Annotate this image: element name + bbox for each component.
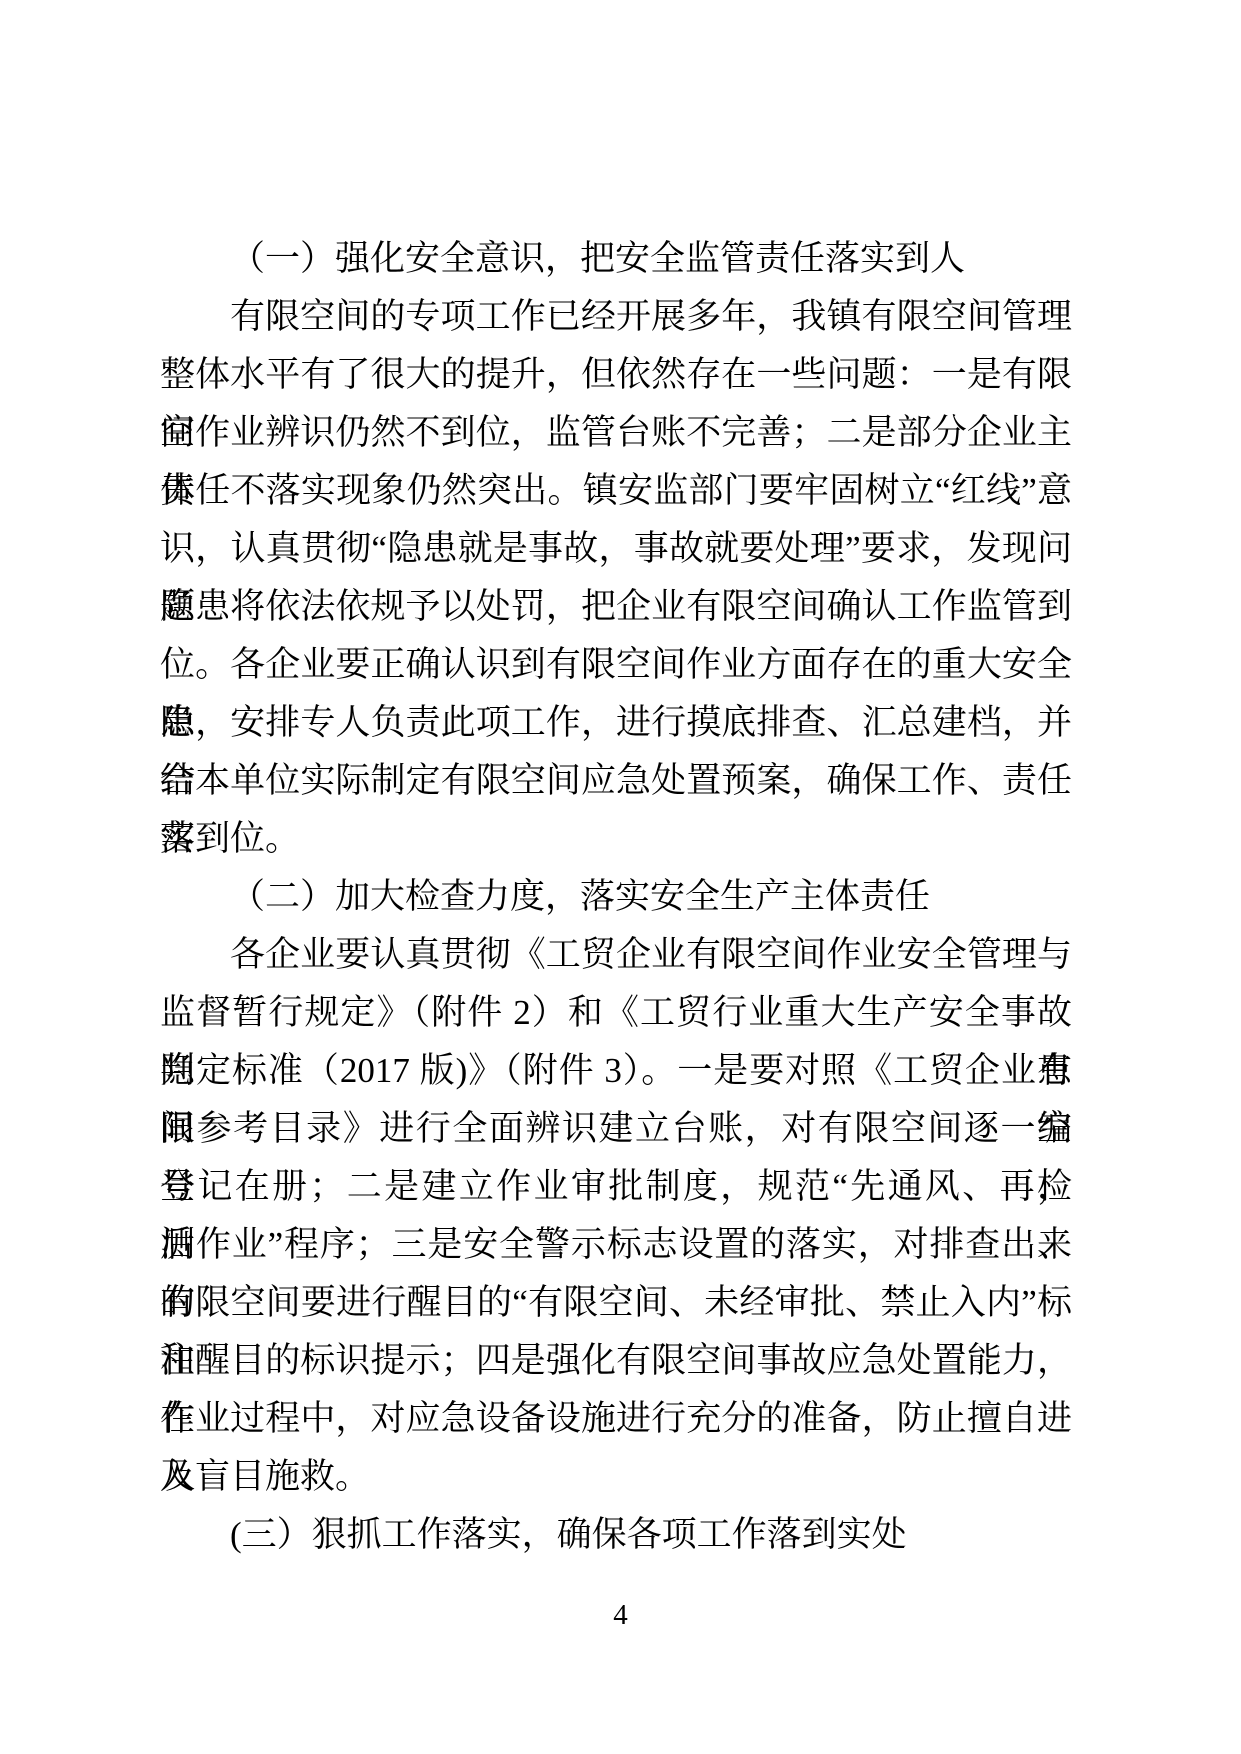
text-line: 登记在册；二是建立作业审批制度，规范“先通风、再检测、 bbox=[160, 1158, 1072, 1216]
text-line: 各企业要认真贯彻《工贸企业有限空间作业安全管理与 bbox=[160, 926, 1072, 984]
text-line: 实到位。 bbox=[160, 810, 1072, 868]
section-heading: (三）狠抓工作落实，确保各项工作落到实处 bbox=[160, 1506, 1072, 1564]
document-page: （一）强化安全意识，把安全监管责任落实到人有限空间的专项工作已经开展多年，我镇有… bbox=[0, 0, 1241, 1754]
section-heading: （二）加大检查力度，落实安全生产主体责任 bbox=[160, 868, 1072, 926]
text-line: 合本单位实际制定有限空间应急处置预案，确保工作、责任落 bbox=[160, 752, 1072, 810]
text-line: 整体水平有了很大的提升，但依然存在一些问题：一是有限空 bbox=[160, 346, 1072, 404]
text-line: 患，安排专人负责此项工作，进行摸底排查、汇总建档，并结 bbox=[160, 694, 1072, 752]
text-line: 责任不落实现象仍然突出。镇安监部门要牢固树立“红线”意 bbox=[160, 462, 1072, 520]
page-number: 4 bbox=[0, 1586, 1241, 1644]
text-line: 及盲目施救。 bbox=[160, 1448, 1072, 1506]
text-line: 和醒目的标识提示；四是强化有限空间事故应急处置能力，在 bbox=[160, 1332, 1072, 1390]
text-line: 有限空间的专项工作已经开展多年，我镇有限空间管理 bbox=[160, 288, 1072, 346]
text-line: 有限空间要进行醒目的“有限空间、未经审批、禁止入内”标注 bbox=[160, 1274, 1072, 1332]
text-line: 识，认真贯彻“隐患就是事故，事故就要处理”要求，发现问题 bbox=[160, 520, 1072, 578]
text-line: 间参考目录》进行全面辨识建立台账，对有限空间逐一编号， bbox=[160, 1100, 1072, 1158]
text-line: 作业过程中，对应急设备设施进行充分的准备，防止擅自进入 bbox=[160, 1390, 1072, 1448]
text-line: 位。各企业要正确认识到有限空间作业方面存在的重大安全隐 bbox=[160, 636, 1072, 694]
document-body: （一）强化安全意识，把安全监管责任落实到人有限空间的专项工作已经开展多年，我镇有… bbox=[160, 230, 1072, 1564]
text-line: 监督暂行规定》（附件 2）和《工贸行业重大生产安全事故隐患 bbox=[160, 984, 1072, 1042]
text-line: 判定标准（2017 版)》（附件 3）。一是要对照《工贸企业有限空 bbox=[160, 1042, 1072, 1100]
text-line: 间作业辨识仍然不到位，监管台账不完善；二是部分企业主体 bbox=[160, 404, 1072, 462]
text-line: 后作业”程序；三是安全警示标志设置的落实，对排查出来的 bbox=[160, 1216, 1072, 1274]
text-line: 隐患将依法依规予以处罚，把企业有限空间确认工作监管到 bbox=[160, 578, 1072, 636]
section-heading: （一）强化安全意识，把安全监管责任落实到人 bbox=[160, 230, 1072, 288]
